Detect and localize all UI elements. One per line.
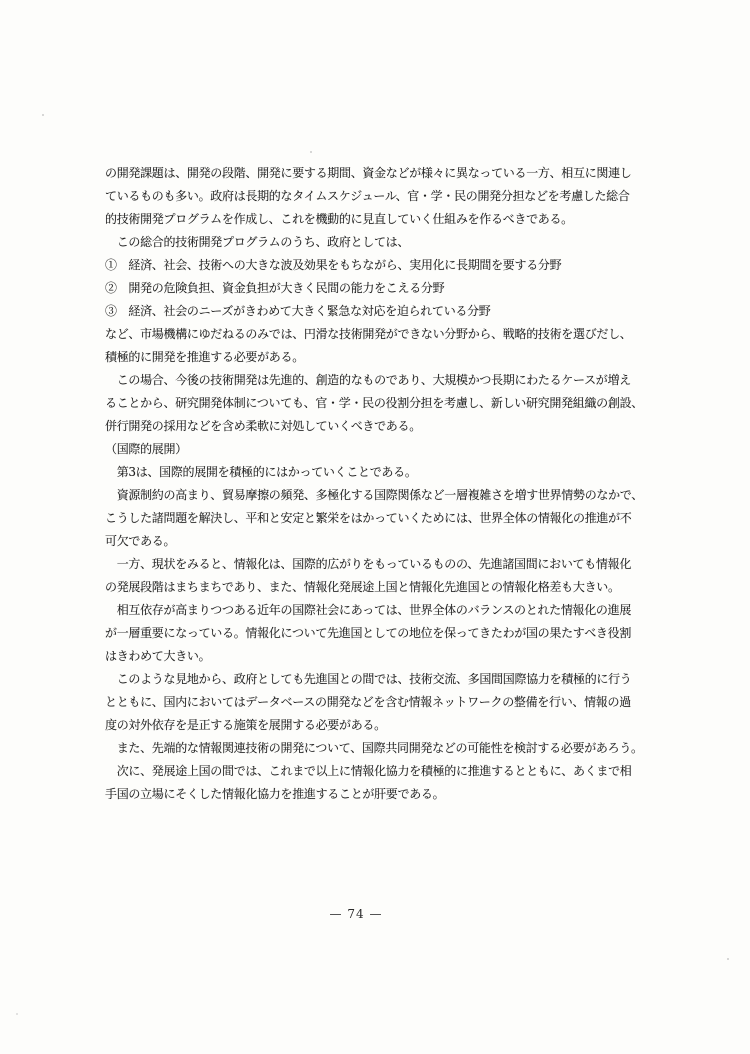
text-line: このような見地から、政府としても先進国との間では、技術交流、多国間国際協力を積極… bbox=[105, 668, 653, 691]
text-line: 度の対外依存を是正する施策を展開する必要がある。 bbox=[105, 714, 653, 737]
list-item-3: ③ 経済、社会のニーズがきわめて大きく緊急な対応を迫られている分野 bbox=[105, 300, 653, 323]
text-line: 相互依存が高まりつつある近年の国際社会にあっては、世界全体のバランスのとれた情報… bbox=[105, 599, 653, 622]
text-line: 第3は、国際的展開を積極的にはかっていくことである。 bbox=[105, 461, 653, 484]
list-item-1: ① 経済、社会、技術への大きな波及効果をもちながら、実用化に長期間を要する分野 bbox=[105, 254, 653, 277]
list-item-2: ② 開発の危険負担、資金負担が大きく民間の能力をこえる分野 bbox=[105, 277, 653, 300]
text-line: はきわめて大きい。 bbox=[105, 645, 653, 668]
text-line: 的技術開発プログラムを作成し、これを機動的に見直していく仕組みを作るべきである。 bbox=[105, 208, 653, 231]
text-line: こうした諸問題を解決し、平和と安定と繁栄をはかっていくためには、世界全体の情報化… bbox=[105, 507, 653, 530]
text-line: など、市場機構にゆだねるのみでは、円滑な技術開発ができない分野から、戦略的技術を… bbox=[105, 323, 653, 346]
text-line: ることから、研究開発体制についても、官・学・民の役割分担を考慮し、新しい研究開発… bbox=[105, 392, 653, 415]
text-line: の発展段階はまちまちであり、また、情報化発展途上国と情報化先進国との情報化格差も… bbox=[105, 576, 653, 599]
text-line: とともに、国内においてはデータベースの開発などを含む情報ネットワークの整備を行い… bbox=[105, 691, 653, 714]
text-line: 資源制約の高まり、貿易摩擦の頻発、多極化する国際関係など一層複雑さを増す世界情勢… bbox=[105, 484, 653, 507]
section-heading-international: （国際的展開） bbox=[105, 438, 653, 461]
scanned-document-page: の開発課題は、開発の段階、開発に要する期間、資金などが様々に異なっている一方、相… bbox=[0, 0, 750, 1054]
body-text-block: の開発課題は、開発の段階、開発に要する期間、資金などが様々に異なっている一方、相… bbox=[105, 162, 653, 806]
scan-speckle bbox=[16, 1013, 18, 1015]
text-line: また、先端的な情報関連技術の開発について、国際共同開発などの可能性を検討する必要… bbox=[105, 737, 653, 760]
text-line: 手国の立場にそくした情報化協力を推進することが肝要である。 bbox=[105, 783, 653, 806]
text-line: この総合的技術開発プログラムのうち、政府としては、 bbox=[105, 231, 653, 254]
text-line: 一方、現状をみると、情報化は、国際的広がりをもっているものの、先進諸国間において… bbox=[105, 553, 653, 576]
text-line: 併行開発の採用などを含め柔軟に対処していくべきである。 bbox=[105, 415, 653, 438]
text-line: の開発課題は、開発の段階、開発に要する期間、資金などが様々に異なっている一方、相… bbox=[105, 162, 653, 185]
text-line: が一層重要になっている。情報化について先進国としての地位を保ってきたわが国の果た… bbox=[105, 622, 653, 645]
scan-speckle bbox=[727, 958, 729, 960]
text-line: 可欠である。 bbox=[105, 530, 653, 553]
text-line: 積極的に開発を推進する必要がある。 bbox=[105, 346, 653, 369]
text-line: 次に、発展途上国の間では、これまで以上に情報化協力を積極的に推進するとともに、あ… bbox=[105, 760, 653, 783]
page-number: — 74 — bbox=[0, 907, 712, 921]
text-line: この場合、今後の技術開発は先進的、創造的なものであり、大規模かつ長期にわたるケー… bbox=[105, 369, 653, 392]
scan-speckle bbox=[42, 114, 44, 116]
text-line: ているものも多い。政府は長期的なタイムスケジュール、官・学・民の開発分担などを考… bbox=[105, 185, 653, 208]
scan-speckle bbox=[310, 151, 312, 153]
